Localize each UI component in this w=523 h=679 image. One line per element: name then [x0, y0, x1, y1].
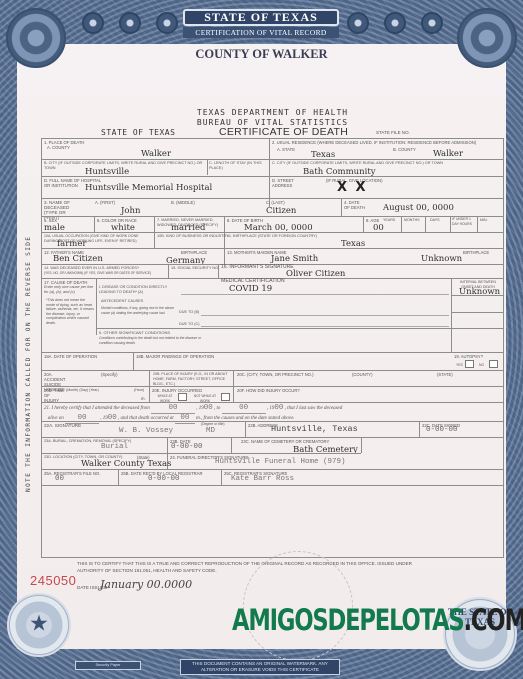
f3b-label: b. (Middle)	[171, 200, 195, 205]
death-certificate-form: NOTE THE INFORMATION CALLED FOR ON THE R…	[41, 106, 504, 558]
f20c-label: 20c. (CITY, TOWN, OR PRECINCT NO.)	[237, 372, 313, 377]
antecedent-hint: Morbid conditions, if any, giving rise t…	[101, 306, 176, 316]
physician-degree-value: MD	[206, 427, 215, 436]
f2c-label: c. CITY (If outside corporate limits, wr…	[272, 161, 500, 166]
rosette-top-right	[457, 8, 517, 68]
not-at-work-checkbox[interactable]	[221, 393, 230, 401]
first-name-value: John	[121, 206, 140, 216]
f3a-label: a. (First)	[95, 200, 115, 205]
attended-from-value: 00	[151, 404, 195, 414]
f20f-label: 20f. HOW DID INJURY OCCUR?	[237, 388, 300, 393]
state-file-label: STATE FILE NO.	[376, 130, 410, 135]
f2a-label: a. STATE	[277, 147, 295, 152]
f20d-m: m.	[141, 396, 146, 401]
registrar-file-value: 00	[55, 475, 64, 484]
security-paper-label: Security Paper	[75, 661, 141, 670]
watermark-green-text: AMIGOSDEPELOTAS	[232, 603, 464, 637]
serial-number: 245050	[30, 573, 76, 588]
mother-birthplace-value: Unknown	[421, 254, 462, 264]
ornament-knot	[156, 12, 178, 34]
mother-name-value: Jane Smith	[271, 254, 318, 264]
county-title: COUNTY OF WALKER	[17, 47, 506, 62]
f22a-label: 22a. SIGNATURE	[44, 423, 81, 428]
physician-signature-value: W. B. Vossey	[119, 427, 173, 436]
f20d-label: 20d. TIME OF INJURY	[44, 388, 64, 403]
county-clerk-seal: ★	[7, 593, 71, 657]
f19-label: 19. AUTOPSY?	[454, 354, 483, 359]
burial-location-value: Walker County Texas	[81, 459, 171, 469]
f9-months-label: MONTHS	[404, 218, 420, 223]
security-notice: THIS DOCUMENT CONTAINS AN ORIGINAL WATER…	[180, 659, 340, 675]
father-name-value: Ben Citizen	[53, 254, 103, 264]
disposition-value: Burial	[101, 443, 128, 452]
ornament-knot	[384, 12, 406, 34]
disposition-date-value: 0-00-00	[171, 443, 203, 452]
autopsy-yes-label: YES	[456, 363, 463, 368]
f17-ii-hint: Conditions contributing to the death but…	[99, 336, 214, 346]
ornament-knot	[421, 12, 443, 34]
agency-line-1: TEXAS DEPARTMENT OF HEALTH	[41, 108, 504, 118]
date-received-value: 0-00-00	[148, 475, 180, 484]
death-time-value: 00	[175, 414, 195, 424]
antecedent-label: ANTECEDENT CAUSES	[101, 299, 143, 304]
date-signed-value: 0-00-00	[426, 426, 458, 435]
f9-hours-label: IF UNDER 1 DAY HOURS	[452, 217, 476, 227]
f18b-label: 18b. MAJOR FINDINGS OF OPERATION	[136, 354, 214, 359]
f17-i-label: I. DISEASE OR CONDITION DIRECTLY LEADING…	[99, 285, 181, 295]
street-address-value: X X	[337, 183, 368, 193]
autopsy-yes-checkbox[interactable]	[465, 360, 474, 368]
f25a-label: 25a. REGISTRAR'S FILE NO.	[44, 471, 100, 476]
banner-title: STATE OF TEXAS	[183, 9, 339, 26]
f12-birthplace-label: BIRTHPLACE	[181, 250, 207, 255]
state-label: STATE OF TEXAS	[101, 128, 175, 137]
f20a-hint: (Specify)	[101, 372, 118, 377]
watermark-black-text: .COM	[464, 603, 523, 637]
star-icon: ★	[29, 611, 49, 637]
due-to-c-label: DUE TO (c)	[179, 322, 200, 327]
place-county-value: Walker	[141, 149, 171, 159]
f20d-hour: (Hour)	[134, 388, 144, 393]
cause-a-value: COVID 19	[229, 284, 272, 294]
f23c-label: 23c. NAME OF CEMETERY OR CREMATORY	[241, 439, 329, 444]
due-to-b-label: DUE TO (b)	[179, 310, 199, 315]
f20b-label: 20b. PLACE OF INJURY (e.g., in or about …	[153, 372, 231, 387]
f4-label: 4. DATE OF DEATH	[344, 200, 366, 210]
f18a-label: 18a. DATE OF OPERATION	[44, 354, 97, 359]
date-issued-value: January 00.0000	[100, 578, 192, 591]
certificate-title: CERTIFICATE OF DEATH	[219, 126, 348, 138]
attended-to-year: 00	[274, 404, 283, 412]
side-note: NOTE THE INFORMATION CALLED FOR ON THE R…	[22, 204, 36, 524]
f1c-label: c. LENGTH OF STAY (in this place)	[209, 161, 267, 171]
f17-hint: Enter only one cause per line for (a), (…	[44, 285, 94, 295]
f2-label: 2. USUAL RESIDENCE (Where deceased lived…	[272, 140, 502, 145]
rosette-top-left	[6, 8, 66, 68]
f17-ii-label: II. OTHER SIGNIFICANT CONDITIONS	[99, 330, 170, 335]
residence-county-value: Walker	[433, 149, 463, 159]
f15-label: 15. SOCIAL SECURITY NO.	[171, 266, 219, 271]
f10b-label: 10b. KIND OF BUSINESS OR INDUSTRY	[157, 234, 229, 239]
header-banner: STATE OF TEXAS CERTIFICATION OF VITAL RE…	[183, 9, 339, 38]
f16-label: 16. INFORMANT'S SIGNATURE	[221, 265, 294, 270]
physician-address-value: Huntsville, Texas	[271, 425, 358, 434]
autopsy-no-checkbox[interactable]	[489, 360, 498, 368]
f2d-label: d. STREET ADDRESS	[272, 178, 312, 188]
f3c-label: c. (Last)	[266, 200, 285, 205]
funeral-director-value: Huntsville Funeral Home (979)	[215, 458, 346, 467]
f14-hint: (Yes, no, or unknown) (If yes, give war …	[44, 271, 151, 276]
agency-heading: TEXAS DEPARTMENT OF HEALTH BUREAU OF VIT…	[41, 108, 504, 128]
f20d-hint: (Month) (Day) (Year)	[66, 388, 99, 393]
ornament-knot	[347, 12, 369, 34]
watermark: AMIGOSDEPELOTAS.COM	[232, 603, 523, 637]
f20c-state: (STATE)	[437, 372, 453, 377]
ornament-knot	[119, 12, 141, 34]
attended-to-value: 00	[222, 404, 266, 414]
banner-subtitle: CERTIFICATION OF VITAL RECORD	[183, 27, 339, 38]
f17-note: *This does not mean the mode of dying, s…	[46, 298, 94, 326]
f20c-county: (COUNTY)	[352, 372, 372, 377]
f9-years-label: YEARS	[383, 218, 395, 223]
certificate-paper: COUNTY OF WALKER NOTE THE INFORMATION CA…	[17, 44, 506, 649]
f9-days-label: DAYS	[430, 218, 440, 223]
hospital-value: Huntsville Memorial Hospital	[85, 183, 212, 193]
f1a-label: a. COUNTY	[47, 145, 70, 150]
ornament-knot	[82, 12, 104, 34]
f9-min-label: MIN.	[480, 218, 488, 223]
f3-label: 3. NAME OF DECEASED (Type or Print)	[44, 200, 80, 220]
f11-label: 11. BIRTHPLACE (State or foreign country…	[227, 234, 317, 239]
f13-birthplace-label: BIRTHPLACE	[463, 250, 489, 255]
f2b-label: b. COUNTY	[393, 147, 416, 152]
autopsy-no-label: NO	[479, 363, 484, 368]
registrar-signature-value: Kate Barr Ross	[231, 475, 294, 484]
last-name-value: Citizen	[266, 206, 296, 216]
date-of-death-value: August 00, 0000	[383, 203, 454, 213]
attended-from-year: 00	[204, 404, 213, 412]
while-at-work-checkbox[interactable]	[178, 393, 187, 401]
